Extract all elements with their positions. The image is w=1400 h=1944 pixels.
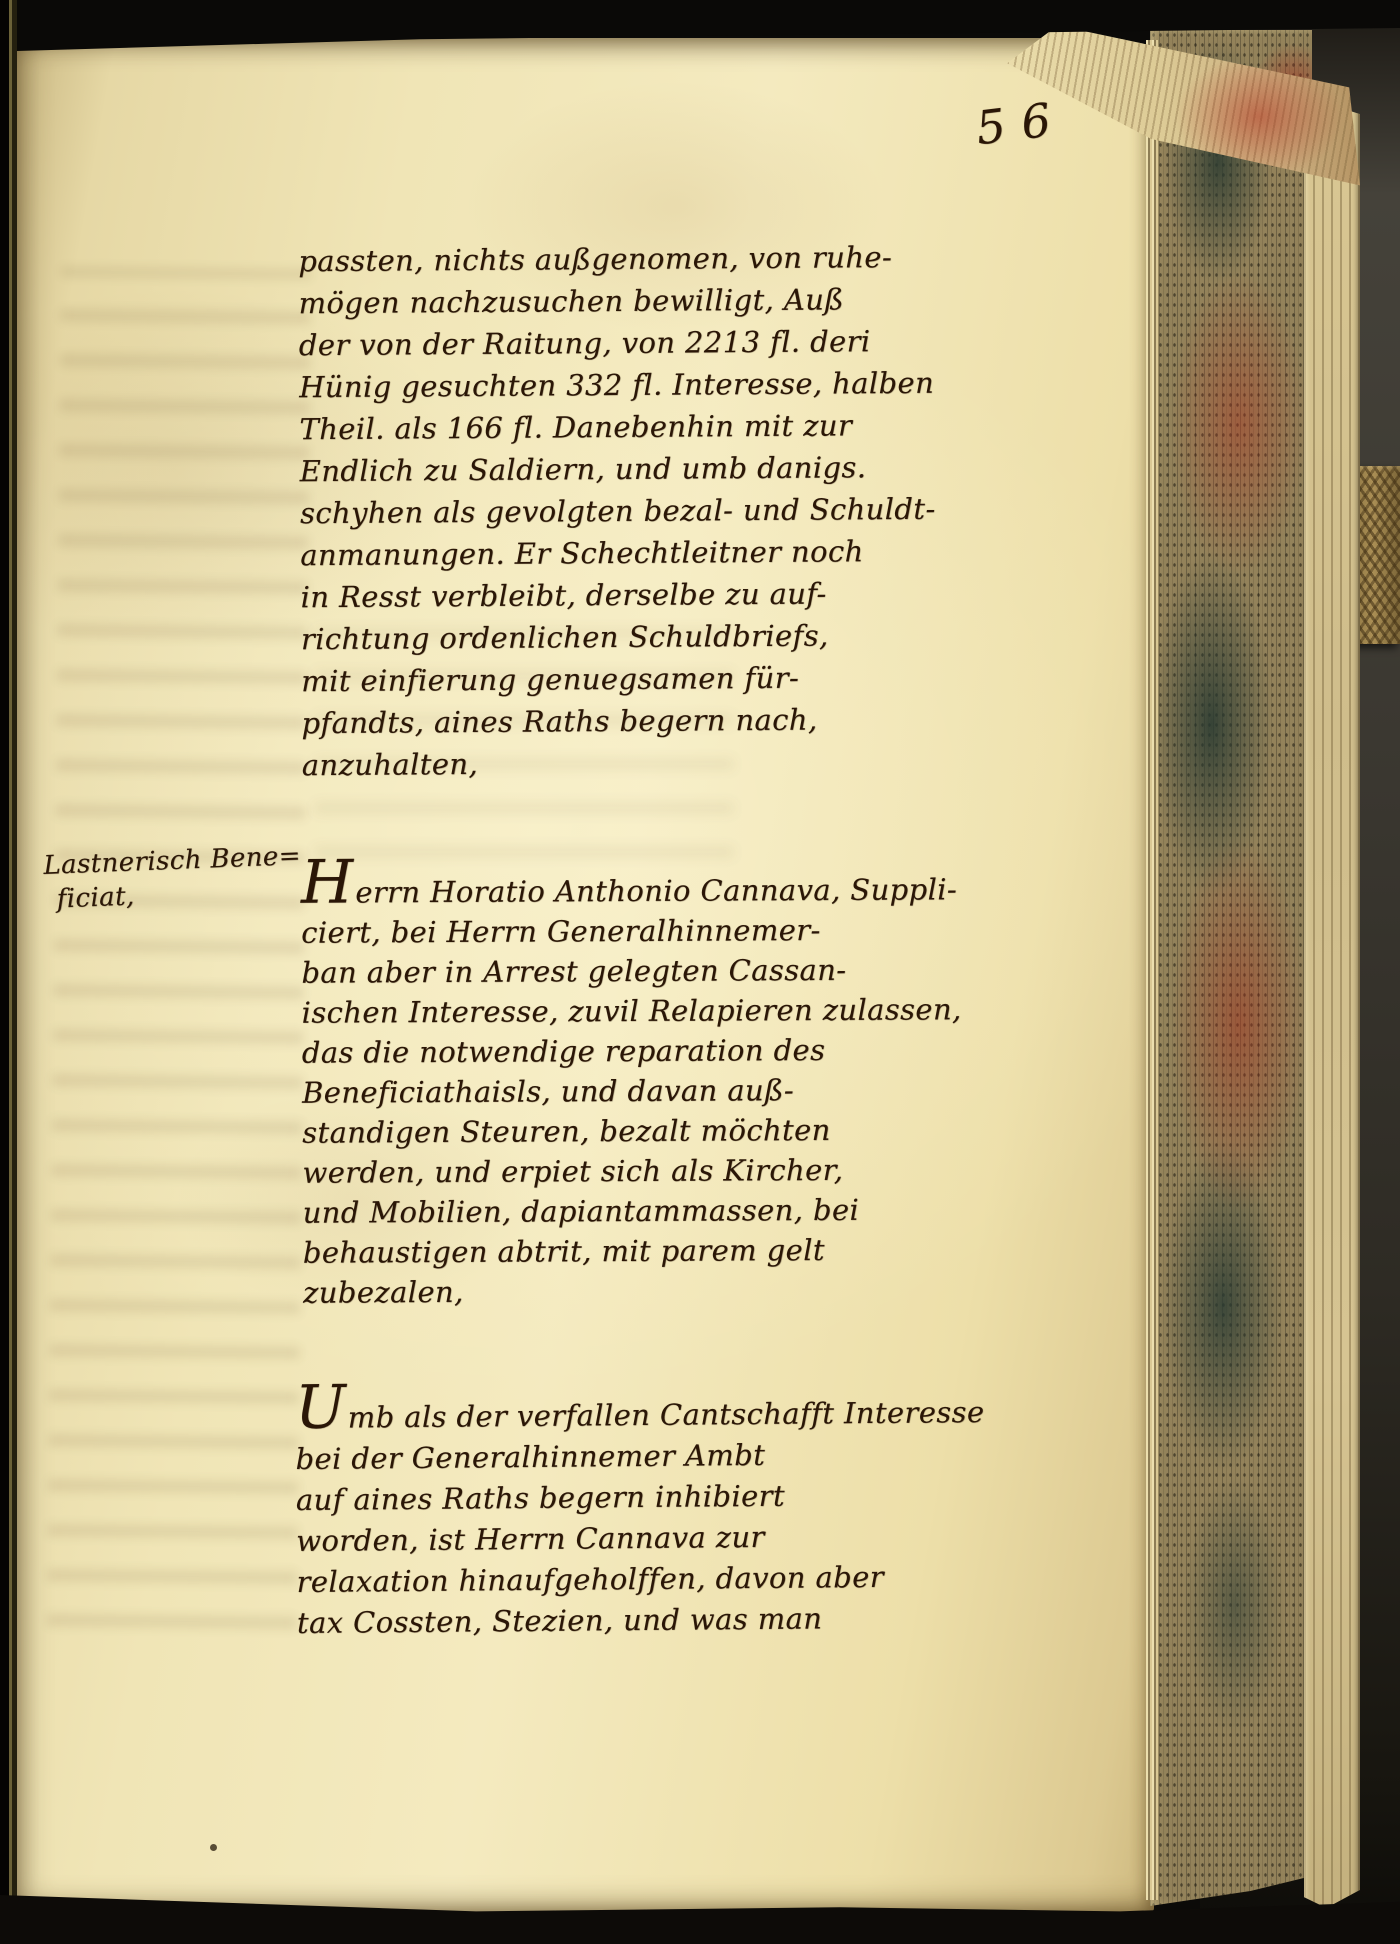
manuscript-scan: 56 passten, nichts außgenomen, von ruhe-…: [0, 0, 1400, 1944]
text-line: der von der Raitung, von 2213 fl. deri: [299, 320, 935, 366]
text-line: Herrn Horatio Anthonio Cannava, Suppli-: [301, 864, 961, 912]
text-line: anzuhalten,: [302, 740, 938, 786]
parchment-cover-edge: [1304, 96, 1360, 1908]
text-line: ban aber in Arrest gelegten Cassan-: [301, 949, 961, 992]
text-line: mit einfierung genuegsamen für-: [301, 656, 937, 702]
text-line: zubezalen,: [303, 1269, 963, 1312]
text-line: werden, und erpiet sich als Kircher,: [302, 1149, 962, 1192]
text-line: passten, nichts außgenomen, von ruhe-: [298, 236, 934, 282]
text-line: in Resst verbleibt, derselbe zu auf-: [300, 572, 936, 618]
book-fore-edge: [1150, 30, 1312, 1906]
text-line: ciert, bei Herrn Generalhinnemer-: [301, 909, 961, 952]
text-line: Theil. als 166 fl. Danebenhin mit zur: [299, 404, 935, 450]
text-line: anmanungen. Er Schechtleitner noch: [300, 530, 936, 576]
paragraph-1: passten, nichts außgenomen, von ruhe- mö…: [298, 236, 937, 786]
text-line: Beneficiathaisls, und davan auß-: [302, 1069, 962, 1112]
ink-bleedthrough: [47, 267, 311, 1630]
page-number: 56: [973, 91, 1069, 156]
text-line: Umb als der verfallen Cantschafft Intere…: [295, 1387, 985, 1439]
text-line: ischen Interesse, zuvil Relapieren zulas…: [301, 989, 961, 1032]
text-line: das die notwendige reparation des: [302, 1029, 962, 1072]
paragraph-2: Herrn Horatio Anthonio Cannava, Suppli- …: [301, 864, 963, 1312]
text-line: relaxation hinaufgeholffen, davon aber: [296, 1556, 986, 1603]
text-line: pfandts, aines Raths begern nach,: [301, 698, 937, 744]
ink-speck: [210, 1844, 217, 1851]
text-line: schyhen als gevolgten bezal- und Schuldt…: [300, 488, 936, 534]
text-line: und Mobilien, dapiantammassen, bei: [303, 1189, 963, 1232]
page-edge-lines: [1146, 40, 1158, 1900]
text-line: Endlich zu Saldiern, und umb danigs.: [300, 446, 936, 492]
text-line: tax Cossten, Stezien, und was man: [297, 1597, 987, 1644]
margin-note: Lastnerisch Bene= ficiat,: [43, 839, 303, 917]
manuscript-page: 56 passten, nichts außgenomen, von ruhe-…: [14, 38, 1154, 1912]
text-line: standigen Steuren, bezalt möchten: [302, 1109, 962, 1152]
text-line: worden, ist Herrn Cannava zur: [296, 1515, 986, 1562]
text-line: behaustigen abtrit, mit parem gelt: [303, 1229, 963, 1272]
text-line: auf aines Raths begern inhibiert: [296, 1474, 986, 1521]
text-line: richtung ordenlichen Schuldbriefs,: [301, 614, 937, 660]
paragraph-3: Umb als der verfallen Cantschafft Intere…: [295, 1387, 986, 1644]
text-line: mögen nachzusuchen bewilligt, Auß: [298, 278, 934, 324]
text-line: Hünig gesuchten 332 fl. Interesse, halbe…: [299, 362, 935, 408]
text-line: bei der Generalhinnemer Ambt: [295, 1433, 985, 1480]
scan-border-left: [0, 0, 17, 1944]
